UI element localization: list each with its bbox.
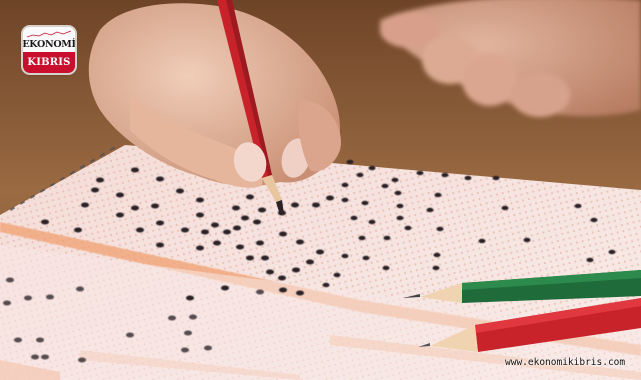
logo-top-section: EKONOMİ bbox=[23, 27, 75, 52]
site-watermark: www.ekonomikibris.com bbox=[505, 357, 625, 368]
trend-line-icon bbox=[27, 30, 71, 38]
logo-line2: KIBRIS bbox=[27, 57, 70, 68]
logo-bottom-section: KIBRIS bbox=[23, 52, 75, 73]
exam-photo bbox=[0, 0, 641, 380]
ekonomi-kibris-logo[interactable]: EKONOMİ KIBRIS bbox=[23, 27, 75, 73]
logo-line1: EKONOMİ bbox=[23, 39, 75, 50]
answer-sheet-photo bbox=[0, 0, 641, 380]
